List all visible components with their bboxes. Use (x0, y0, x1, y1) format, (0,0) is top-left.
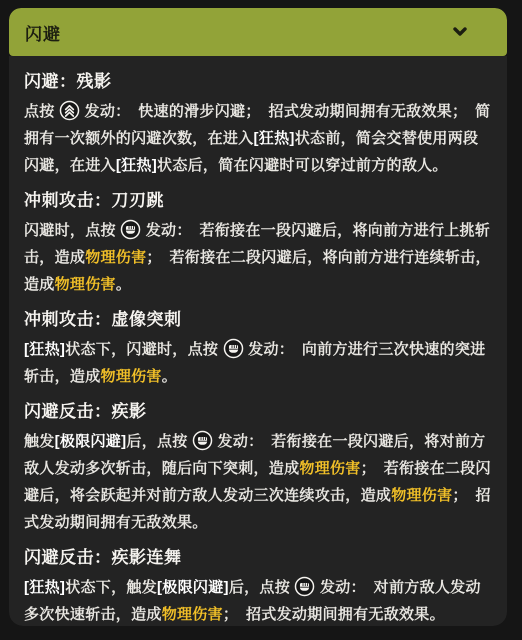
skill-title: 闪避反击：疾影 (24, 402, 492, 421)
description-text: 。 (116, 276, 131, 293)
skill-section: 闪避：残影点按 发动： 快速的滑步闪避； 招式发动期间拥有无敌效果； 简拥有一次… (24, 72, 492, 179)
damage-type-highlight: 物理伤害 (391, 487, 452, 504)
description-text: 。 (162, 368, 177, 385)
dodge-button-icon (59, 100, 80, 121)
description-text: 触发 (24, 433, 55, 450)
skill-section: 闪避反击：疾影触发[极限闪避]后，点按 发动： 若衔接在一段闪避后，将对前方敌人… (24, 402, 492, 536)
panel-title: 闪避 (25, 20, 61, 45)
attack-button-icon (223, 338, 244, 359)
skill-description: [狂热]状态下，闪避时，点按 发动： 向前方进行三次快速的突进斩击，造成物理伤害… (24, 336, 492, 390)
damage-type-highlight: 物理伤害 (162, 606, 223, 623)
dodge-skills-panel: 闪避 闪避：残影点按 发动： 快速的滑步闪避； 招式发动期间拥有无敌效果； 简拥… (9, 8, 507, 626)
skill-title: 闪避：残影 (24, 72, 492, 91)
description-text: 点按 (24, 103, 59, 120)
skill-description: 触发[极限闪避]后，点按 发动： 若衔接在一段闪避后，将对前方敌人发动多次斩击，… (24, 428, 492, 536)
attack-button-icon (294, 576, 315, 597)
skill-title: 冲刺攻击：虚像突刺 (24, 310, 492, 329)
description-text: 后，点按 (126, 433, 192, 450)
status-term: [狂热] (24, 341, 65, 358)
collapse-header[interactable]: 闪避 (9, 8, 507, 56)
status-term: [狂热] (116, 157, 157, 174)
damage-type-highlight: 物理伤害 (299, 460, 360, 477)
skill-description: [狂热]状态下，触发[极限闪避]后，点按 发动： 对前方敌人发动多次快速斩击，造… (24, 574, 492, 626)
skill-title: 冲刺攻击：刀刃跳 (24, 191, 492, 210)
description-text: 闪避时，点按 (24, 222, 120, 239)
description-text: 状态下，闪避时，点按 (65, 341, 222, 358)
status-term: [狂热] (24, 579, 65, 596)
status-term: [极限闪避] (157, 579, 229, 596)
chevron-down-icon[interactable] (453, 27, 489, 37)
attack-button-icon (120, 219, 141, 240)
damage-type-highlight: 物理伤害 (101, 368, 162, 385)
skill-title: 闪避反击：疾影连舞 (24, 548, 492, 567)
status-term: [极限闪避] (55, 433, 127, 450)
skill-description: 点按 发动： 快速的滑步闪避； 招式发动期间拥有无敌效果； 简拥有一次额外的闪避… (24, 98, 492, 179)
description-text: 状态后，简在闪避时可以穿过前方的敌人。 (157, 157, 448, 174)
description-text: 后，点按 (229, 579, 295, 596)
skill-description: 闪避时，点按 发动： 若衔接在一段闪避后，将向前方进行上挑斩击，造成物理伤害； … (24, 217, 492, 298)
damage-type-highlight: 物理伤害 (55, 276, 116, 293)
damage-type-highlight: 物理伤害 (85, 249, 146, 266)
description-text: ； 招式发动期间拥有无敌效果。 (223, 606, 445, 623)
description-text: 状态下，触发 (65, 579, 157, 596)
status-term: [狂热] (254, 130, 295, 147)
panel-body: 闪避：残影点按 发动： 快速的滑步闪避； 招式发动期间拥有无敌效果； 简拥有一次… (9, 56, 507, 626)
skill-section: 冲刺攻击：虚像突刺[狂热]状态下，闪避时，点按 发动： 向前方进行三次快速的突进… (24, 310, 492, 390)
attack-button-icon (192, 430, 213, 451)
skill-section: 闪避反击：疾影连舞[狂热]状态下，触发[极限闪避]后，点按 发动： 对前方敌人发… (24, 548, 492, 626)
skill-section: 冲刺攻击：刀刃跳闪避时，点按 发动： 若衔接在一段闪避后，将向前方进行上挑斩击，… (24, 191, 492, 298)
